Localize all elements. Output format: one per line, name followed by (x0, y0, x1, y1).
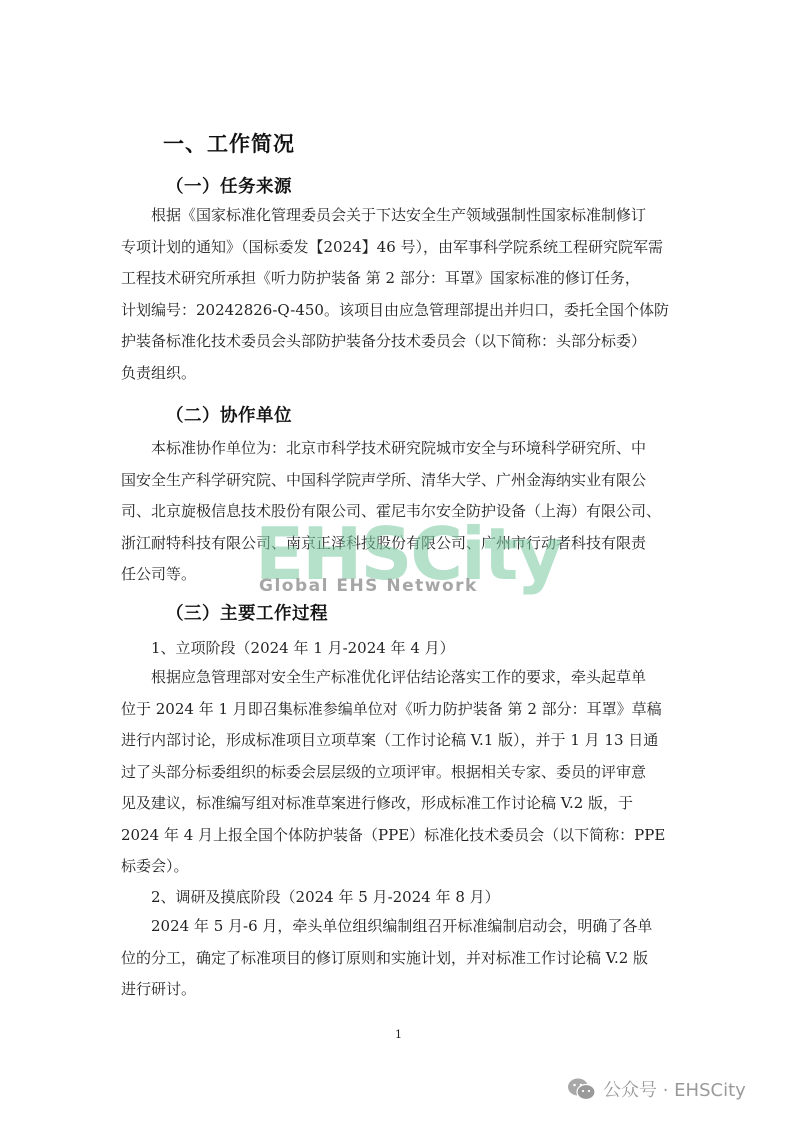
text-line: 见及建议，标准编写组对标准草案进行修改，形成标准工作讨论稿 V.2 版，于 (121, 788, 641, 820)
text-line: 工程技术研究所承担《听力防护装备 第 2 部分：耳罩》国家标准的修订任务， (121, 263, 641, 295)
wechat-icon (567, 1077, 597, 1101)
heading-main-work-process: （三）主要工作过程 (166, 600, 328, 625)
text-line: 本标准协作单位为：北京市科学技术研究院城市安全与环境科学研究所、中 (121, 433, 641, 465)
section-title: 一、工作简况 (163, 128, 295, 158)
text-line: 过了头部分标委组织的标委会层层级的立项评审。根据相关专家、委员的评审意 (121, 757, 641, 789)
text-line: 2024 年 5 月-6 月，牵头单位组织编制组召开标准编制启动会，明确了各单 (121, 911, 641, 943)
footer-brand: 公众号 · EHSCity (567, 1076, 746, 1102)
text-line: 司、北京旋极信息技术股份有限公司、霍尼韦尔安全防护设备（上海）有限公司、 (121, 496, 641, 528)
text-line: 计划编号：20242826-Q-450。该项目由应急管理部提出并归口，委托全国个… (121, 295, 641, 327)
text-line: 任公司等。 (121, 559, 641, 591)
document-page: 一、工作简况 （一）任务来源 根据《国家标准化管理委员会关于下达安全生产领域强制… (0, 0, 794, 1123)
text-line: 护装备标准化技术委员会头部防护装备分技术委员会（以下简称：头部分标委） (121, 326, 641, 358)
page-number: 1 (395, 1028, 402, 1041)
text-line: 位于 2024 年 1 月即召集标准参编单位对《听力防护装备 第 2 部分：耳罩… (121, 694, 641, 726)
text-line: 根据应急管理部对安全生产标准优化评估结论落实工作的要求，牵头起草单 (121, 662, 641, 694)
paragraph-stage1: 根据应急管理部对安全生产标准优化评估结论落实工作的要求，牵头起草单 位于 202… (121, 662, 641, 883)
text-line: 进行内部讨论，形成标准项目立项草案（工作讨论稿 V.1 版），并于 1 月 13… (121, 725, 641, 757)
text-line: 浙江耐特科技有限公司、南京正泽科技股份有限公司、广州市行动者科技有限责 (121, 528, 641, 560)
text-line: 标委会）。 (121, 851, 641, 883)
paragraph-cooperating-units: 本标准协作单位为：北京市科学技术研究院城市安全与环境科学研究所、中 国安全生产科… (121, 433, 641, 591)
text-line: 2024 年 4 月上报全国个体防护装备（PPE）标准化技术委员会（以下简称：P… (121, 820, 641, 852)
text-line: 根据《国家标准化管理委员会关于下达安全生产领域强制性国家标准制修订 (121, 200, 641, 232)
footer-brand-label: 公众号 · EHSCity (603, 1076, 746, 1102)
text-line: 负责组织。 (121, 358, 641, 390)
paragraph-task-source: 根据《国家标准化管理委员会关于下达安全生产领域强制性国家标准制修订 专项计划的通… (121, 200, 641, 389)
text-line: 进行研讨。 (121, 974, 641, 1006)
paragraph-stage2: 2024 年 5 月-6 月，牵头单位组织编制组召开标准编制启动会，明确了各单 … (121, 911, 641, 1006)
heading-cooperating-units: （二）协作单位 (166, 402, 292, 427)
text-line: 国安全生产科学研究院、中国科学院声学所、清华大学、广州金海纳实业有限公 (121, 465, 641, 497)
text-line: 专项计划的通知》（国标委发【2024】46 号），由军事科学院系统工程研究院军需 (121, 232, 641, 264)
heading-task-source: （一）任务来源 (166, 173, 292, 198)
stage1-title: 1、立项阶段（2024 年 1 月-2024 年 4 月） (151, 637, 455, 658)
stage2-title: 2、调研及摸底阶段（2024 年 5 月-2024 年 8 月） (151, 886, 500, 907)
text-line: 位的分工，确定了标准项目的修订原则和实施计划，并对标准工作讨论稿 V.2 版 (121, 943, 641, 975)
